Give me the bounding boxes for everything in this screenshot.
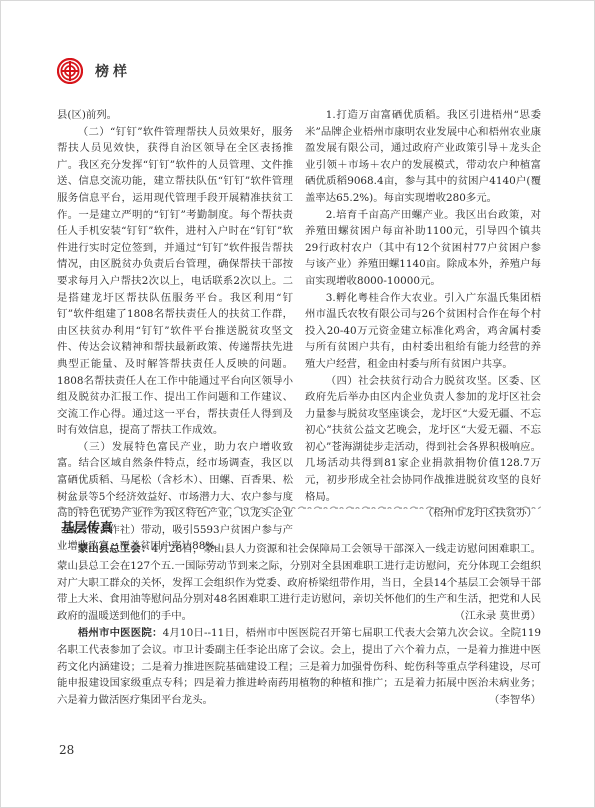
section-title: 基层传真 <box>61 517 113 536</box>
news-source: 梧州市中医医院： <box>78 627 163 639</box>
wave-divider <box>57 499 541 509</box>
news-item: 蒙山县总工会：4月28日，蒙山县人力资源和社会保障局工会领导干部深入一线走访慰问… <box>57 541 541 625</box>
paragraph: 3.孵化粤桂合作大农业。引入广东温氏集团梧州市温氏农牧有限公司与26个贫困村合作… <box>305 290 541 373</box>
news-source: 蒙山县总工会： <box>78 543 152 555</box>
paragraph: 2.培育千亩高产田螺产业。我区出台政策，对养殖田螺贫困户每亩补助1100元，引导… <box>305 207 541 290</box>
wave-pattern-icon <box>57 504 541 509</box>
news-item: 梧州市中医医院：4月10日--11日，梧州市中医医院召开第七届职工代表大会第九次… <box>57 625 541 709</box>
paragraph: （四）社会扶贫行动合力脱贫攻坚。区委、区政府先后举办由区内企业负责人参加的龙圩区… <box>305 373 541 506</box>
news-author: （李智华） <box>468 692 541 709</box>
section-name: 榜样 <box>95 61 131 81</box>
article-left-column: 县(区)前列。 （二）“钉钉”软件管理帮扶人员效果好，服务帮扶人员见效快，获得自… <box>57 107 293 555</box>
paragraph: 1.打造万亩富硒优质稻。我区引进梧州“思委米”品牌企业梧州市康明农业发展中心和梧… <box>305 107 541 207</box>
news-author: （江永录 莫世勇） <box>434 608 541 625</box>
article-right-column: 1.打造万亩富硒优质稻。我区引进梧州“思委米”品牌企业梧州市康明农业发展中心和梧… <box>305 107 541 522</box>
paragraph: （二）“钉钉”软件管理帮扶人员效果好，服务帮扶人员见效快，获得自治区领导在全区表… <box>57 124 293 439</box>
page-header: 榜样 <box>57 57 131 85</box>
grassroots-news: 蒙山县总工会：4月28日，蒙山县人力资源和社会保障局工会领导干部深入一线走访慰问… <box>57 541 541 709</box>
page-number: 28 <box>59 743 74 757</box>
trade-union-emblem-icon <box>57 58 83 84</box>
paragraph: 县(区)前列。 <box>57 107 293 124</box>
paragraph: （三）发展特色富民产业，助力农户增收致富。结合区域自然条件特点，经市场调查，我区… <box>57 439 293 555</box>
